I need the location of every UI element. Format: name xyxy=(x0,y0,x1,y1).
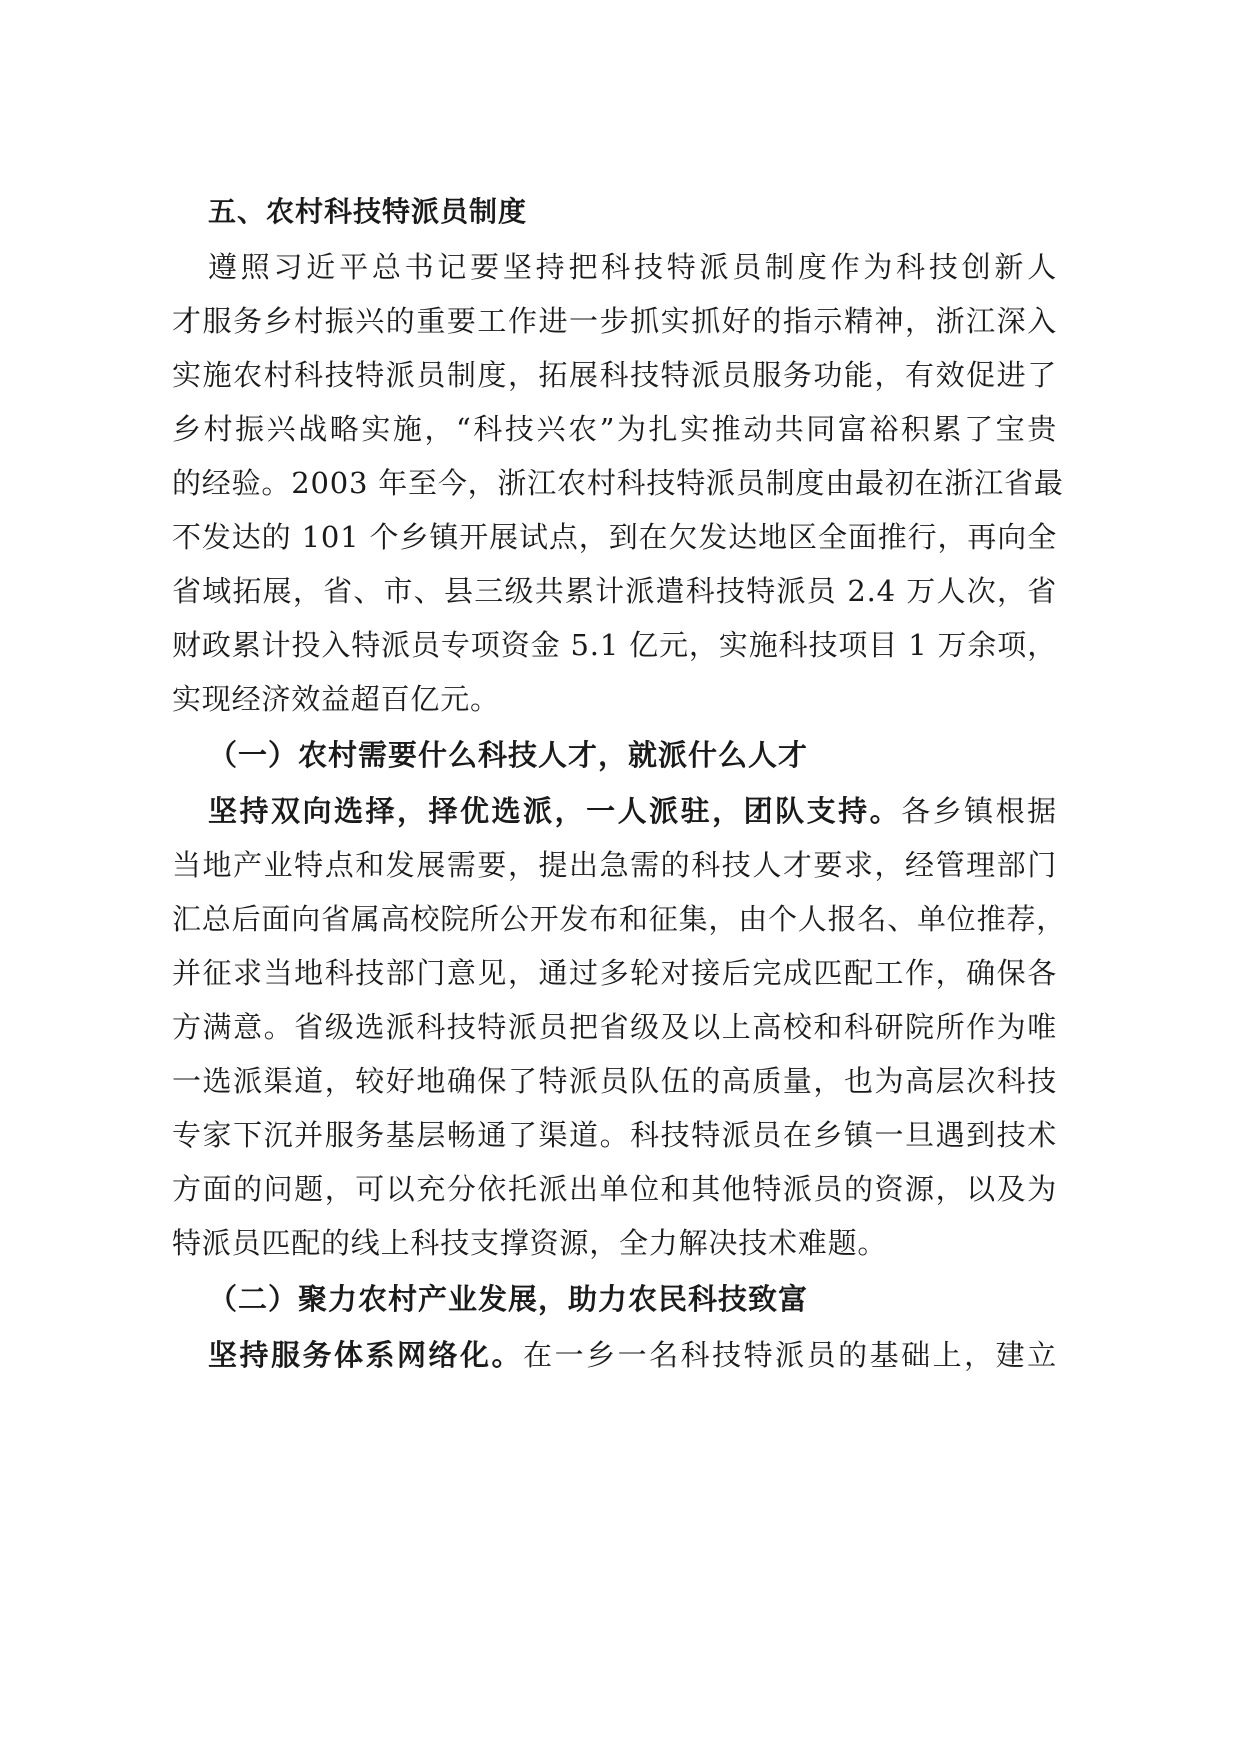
text-line: 省域拓展，省、市、县三级共累计派遣科技特派员 2.4 万人次，省 xyxy=(172,571,1057,611)
text-line: 汇总后面向省属高校院所公开发布和征集，由个人报名、单位推荐， xyxy=(172,899,1057,939)
text-line: 才服务乡村振兴的重要工作进一步抓实抓好的指示精神，浙江深入 xyxy=(172,301,1057,341)
text-line: 不发达的 101 个乡镇开展试点，到在欠发达地区全面推行，再向全 xyxy=(172,517,1057,557)
text-span: 在一乡一名科技特派员的基础上，建立 xyxy=(523,1338,1057,1372)
lead-sentence: 坚持双向选择，择优选派，一人派驻，团队支持。 xyxy=(208,794,901,828)
document-page: 五、农村科技特派员制度 遵照习近平总书记要坚持把科技特派员制度作为科技创新人 才… xyxy=(0,0,1240,1754)
text-line: 特派员匹配的线上科技支撑资源，全力解决技术难题。 xyxy=(172,1223,1057,1263)
text-line: 方满意。省级选派科技特派员把省级及以上高校和科研院所作为唯 xyxy=(172,1007,1057,1047)
text-line: 乡村振兴战略实施，“科技兴农”为扎实推动共同富裕积累了宝贵 xyxy=(172,409,1057,449)
lead-sentence: 坚持服务体系网络化。 xyxy=(208,1338,523,1372)
text-line: 方面的问题，可以充分依托派出单位和其他特派员的资源，以及为 xyxy=(172,1169,1057,1209)
text-line: 坚持服务体系网络化。在一乡一名科技特派员的基础上，建立 xyxy=(208,1335,1057,1375)
text-line: 的经验。2003 年至今，浙江农村科技特派员制度由最初在浙江省最 xyxy=(172,463,1057,503)
text-line: 当地产业特点和发展需要，提出急需的科技人才要求，经管理部门 xyxy=(172,845,1057,885)
text-line: 坚持双向选择，择优选派，一人派驻，团队支持。各乡镇根据 xyxy=(208,791,1057,831)
text-line: 专家下沉并服务基层畅通了渠道。科技特派员在乡镇一旦遇到技术 xyxy=(172,1115,1057,1155)
text-line: 遵照习近平总书记要坚持把科技特派员制度作为科技创新人 xyxy=(208,247,1057,287)
section-heading: 五、农村科技特派员制度 xyxy=(208,192,527,232)
text-line: 一选派渠道，较好地确保了特派员队伍的高质量，也为高层次科技 xyxy=(172,1061,1057,1101)
text-line: 并征求当地科技部门意见，通过多轮对接后完成匹配工作，确保各 xyxy=(172,953,1057,993)
text-line: 实现经济效益超百亿元。 xyxy=(172,679,1057,719)
text-line: 实施农村科技特派员制度，拓展科技特派员服务功能，有效促进了 xyxy=(172,355,1057,395)
text-span: 各乡镇根据 xyxy=(901,794,1057,828)
subsection-heading-1: （一）农村需要什么科技人才，就派什么人才 xyxy=(208,735,808,775)
subsection-heading-2: （二）聚力农村产业发展，助力农民科技致富 xyxy=(208,1279,808,1319)
text-line: 财政累计投入特派员专项资金 5.1 亿元，实施科技项目 1 万余项， xyxy=(172,625,1057,665)
